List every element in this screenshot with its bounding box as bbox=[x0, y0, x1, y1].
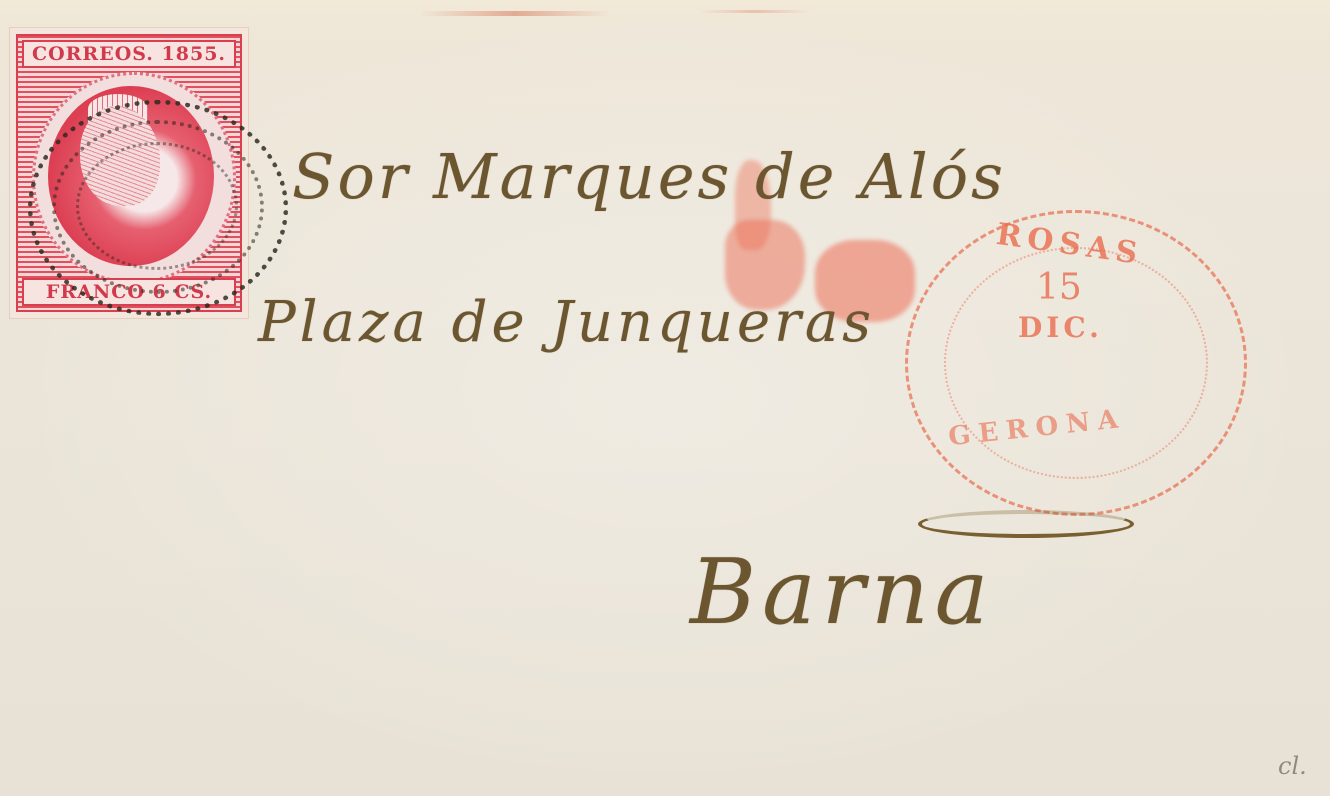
stamp-top-label: CORREOS. 1855. bbox=[22, 40, 236, 68]
datestamp-month: DIC. bbox=[1018, 311, 1103, 344]
red-ink-smudge bbox=[420, 11, 610, 16]
address-line-street: Plaza de Junqueras bbox=[258, 290, 875, 355]
envelope: CORREOS. 1855. FRANCO 6 CS. ROSAS 15 DIC… bbox=[0, 0, 1330, 796]
target-cancel-inner-ring bbox=[76, 142, 238, 270]
pencil-note: cl. bbox=[1278, 752, 1307, 780]
envelope-top-edge bbox=[0, 0, 1330, 18]
red-ink-smudge bbox=[700, 10, 810, 13]
address-line-recipient: Sor Marques de Alós bbox=[292, 140, 1006, 213]
handwriting-flourish bbox=[918, 510, 1134, 538]
datestamp-day: 15 bbox=[1036, 267, 1082, 308]
address-line-city: Barna bbox=[690, 540, 994, 645]
red-circular-datestamp: ROSAS 15 DIC. GERONA bbox=[905, 210, 1247, 516]
